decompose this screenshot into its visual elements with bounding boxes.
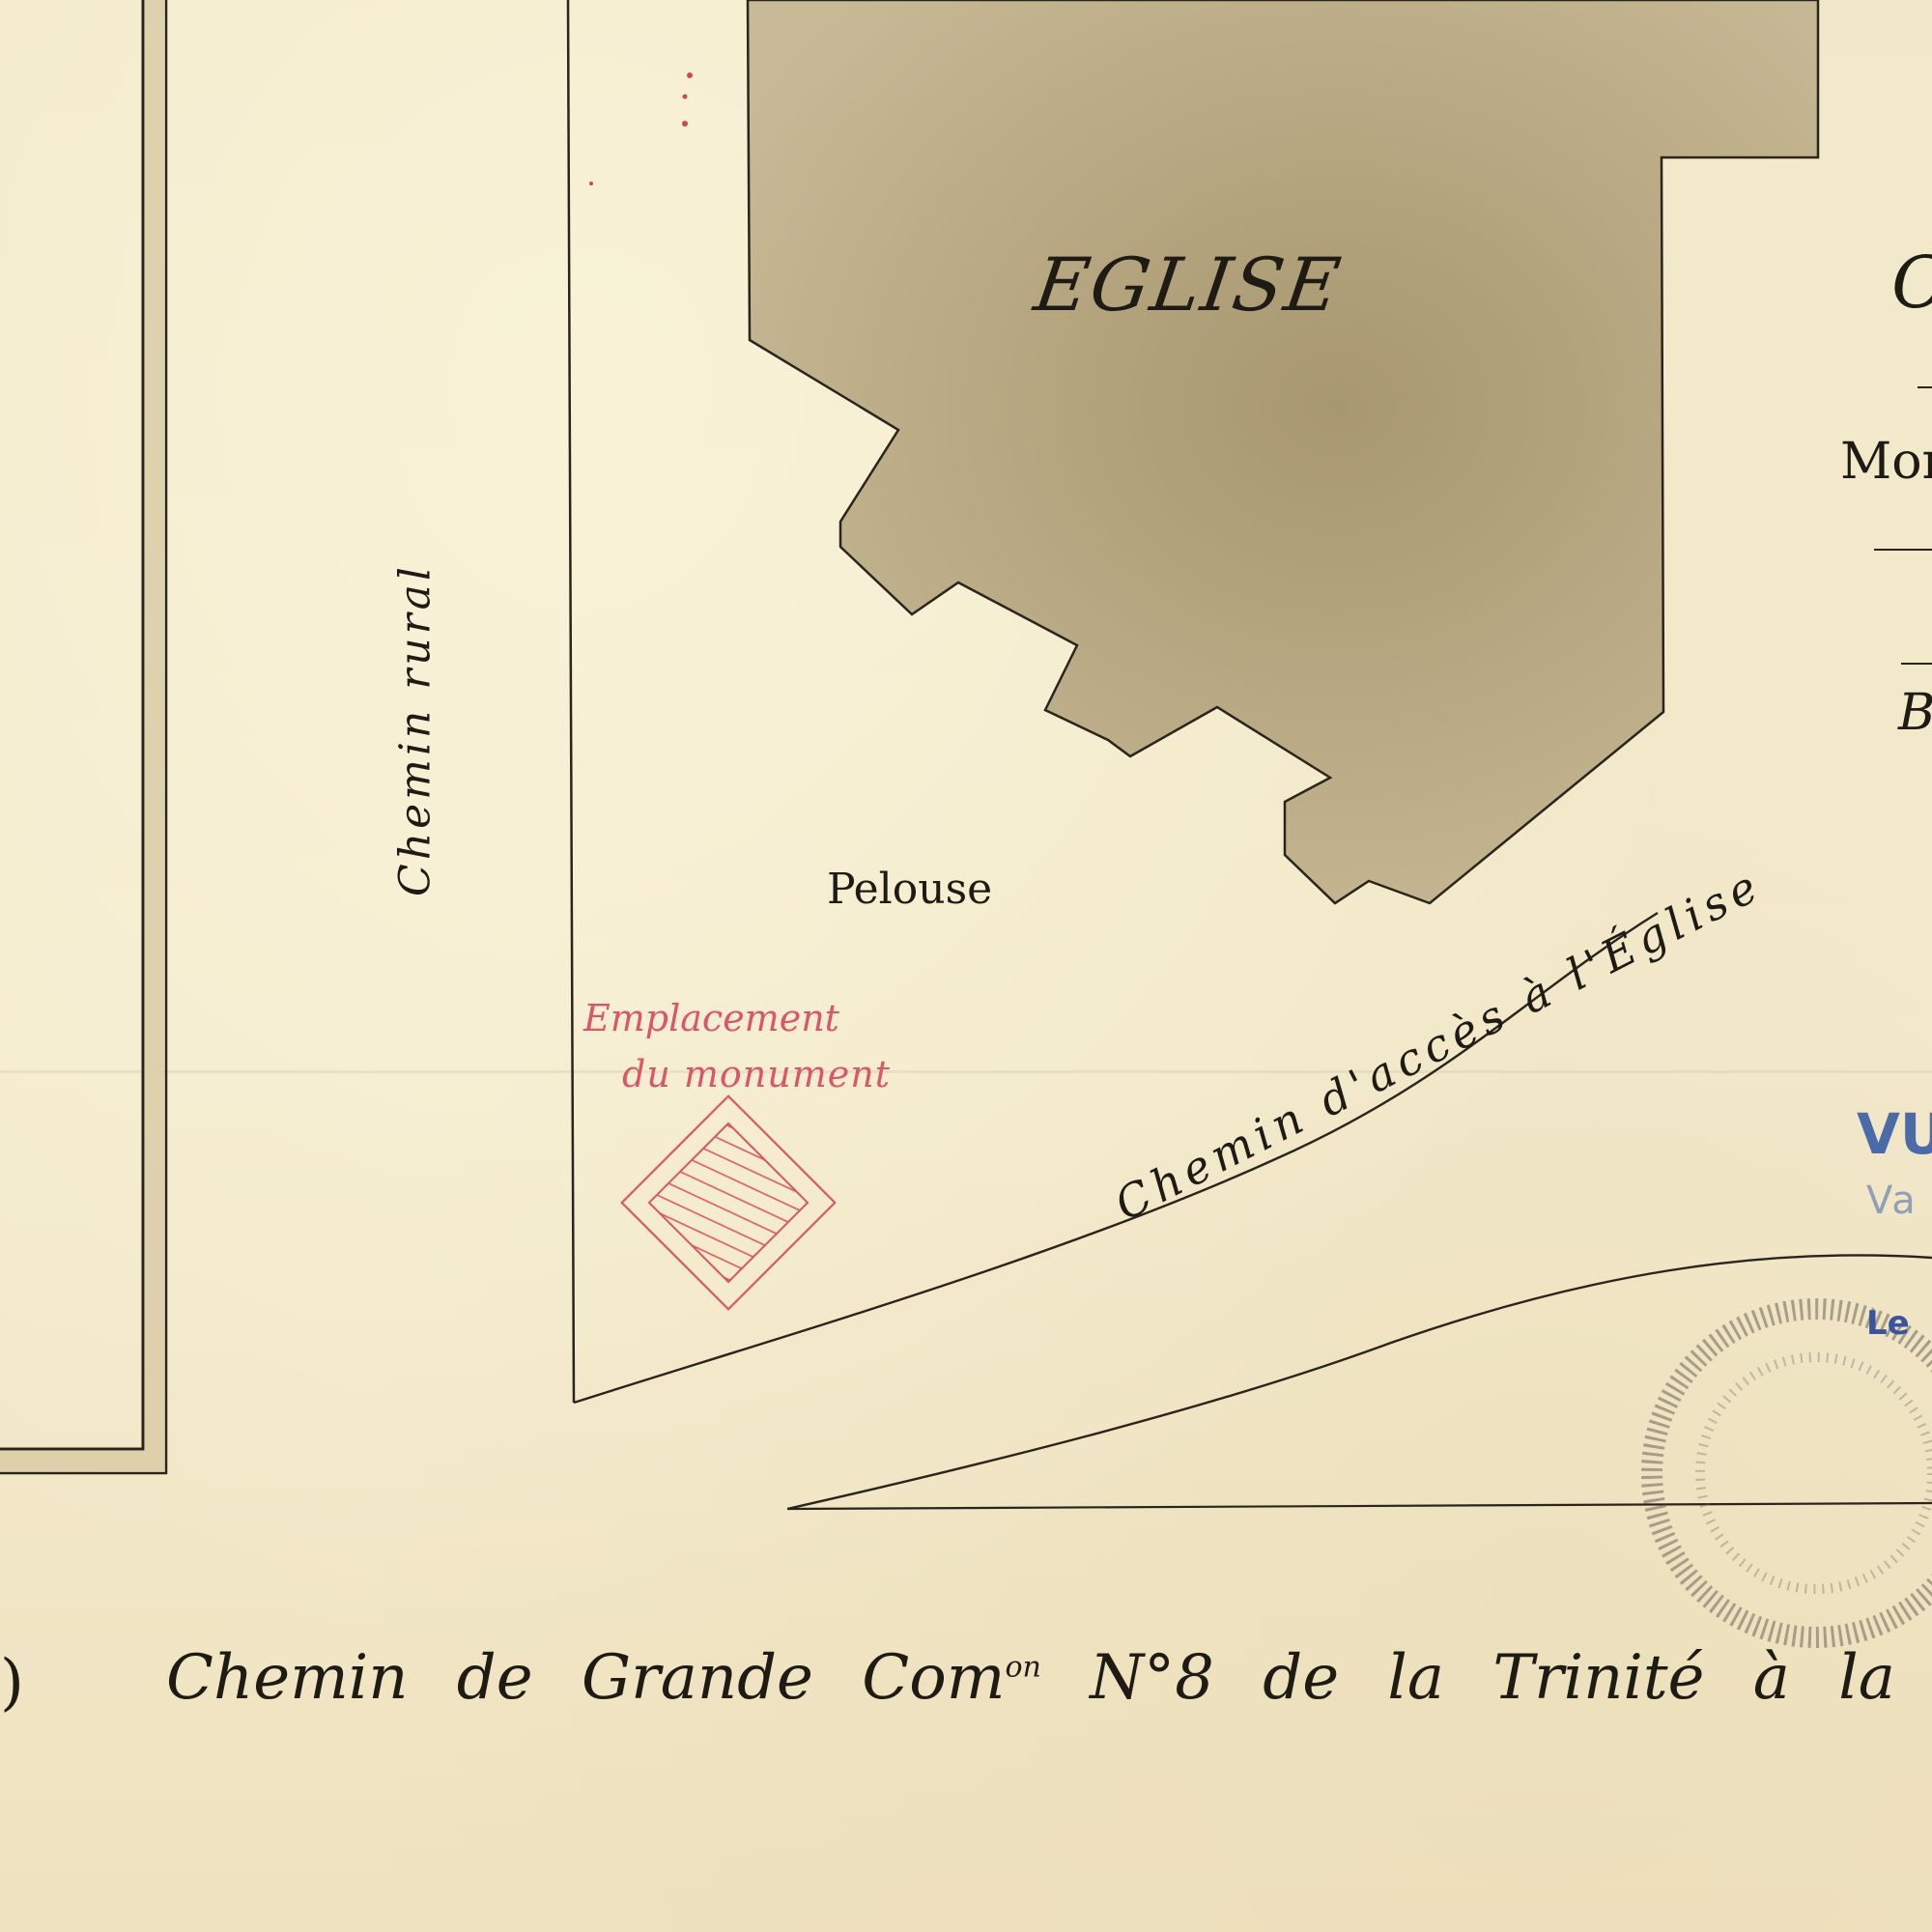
stamp-vu-text: VU — [1857, 1101, 1932, 1167]
plot-boundary-line — [568, 0, 574, 1403]
church-label: EGLISE — [1030, 241, 1348, 327]
monument-label-line1: Emplacement — [583, 997, 839, 1039]
margin-rule-1 — [1918, 386, 1932, 388]
stamp-va-text: Va — [1866, 1179, 1918, 1223]
road-title-paren: ) — [0, 1647, 24, 1719]
margin-b-letter: B — [1898, 684, 1932, 742]
church-footprint — [748, 0, 1818, 903]
margin-rule-3 — [1901, 663, 1932, 665]
road-title-part1: Chemin de Grande Com — [166, 1642, 1005, 1714]
main-road-edge — [787, 1503, 1932, 1509]
monument-label-line2: du monument — [622, 1053, 891, 1095]
stamp-le-text: Le — [1866, 1304, 1910, 1343]
margin-title-letter: C — [1891, 241, 1932, 325]
margin-mon-text: Mon — [1840, 433, 1932, 491]
red-survey-marks — [589, 72, 693, 185]
left-building-outline — [0, 0, 166, 1473]
official-stamp-circle — [1652, 1309, 1932, 1637]
margin-rule-2 — [1874, 549, 1932, 551]
access-road-lower-edge — [787, 1255, 1932, 1509]
monument-location-marker — [622, 1096, 836, 1310]
road-title-part2: N°8 de la Trinité à la Gacilly — [1090, 1642, 1932, 1714]
rural-road-label: Chemin rural — [391, 527, 440, 933]
road-title: Chemin de Grande Comon N°8 de la Trinité… — [166, 1642, 1932, 1714]
lawn-label: Pelouse — [827, 865, 992, 914]
road-title-superscript: on — [1005, 1651, 1040, 1685]
